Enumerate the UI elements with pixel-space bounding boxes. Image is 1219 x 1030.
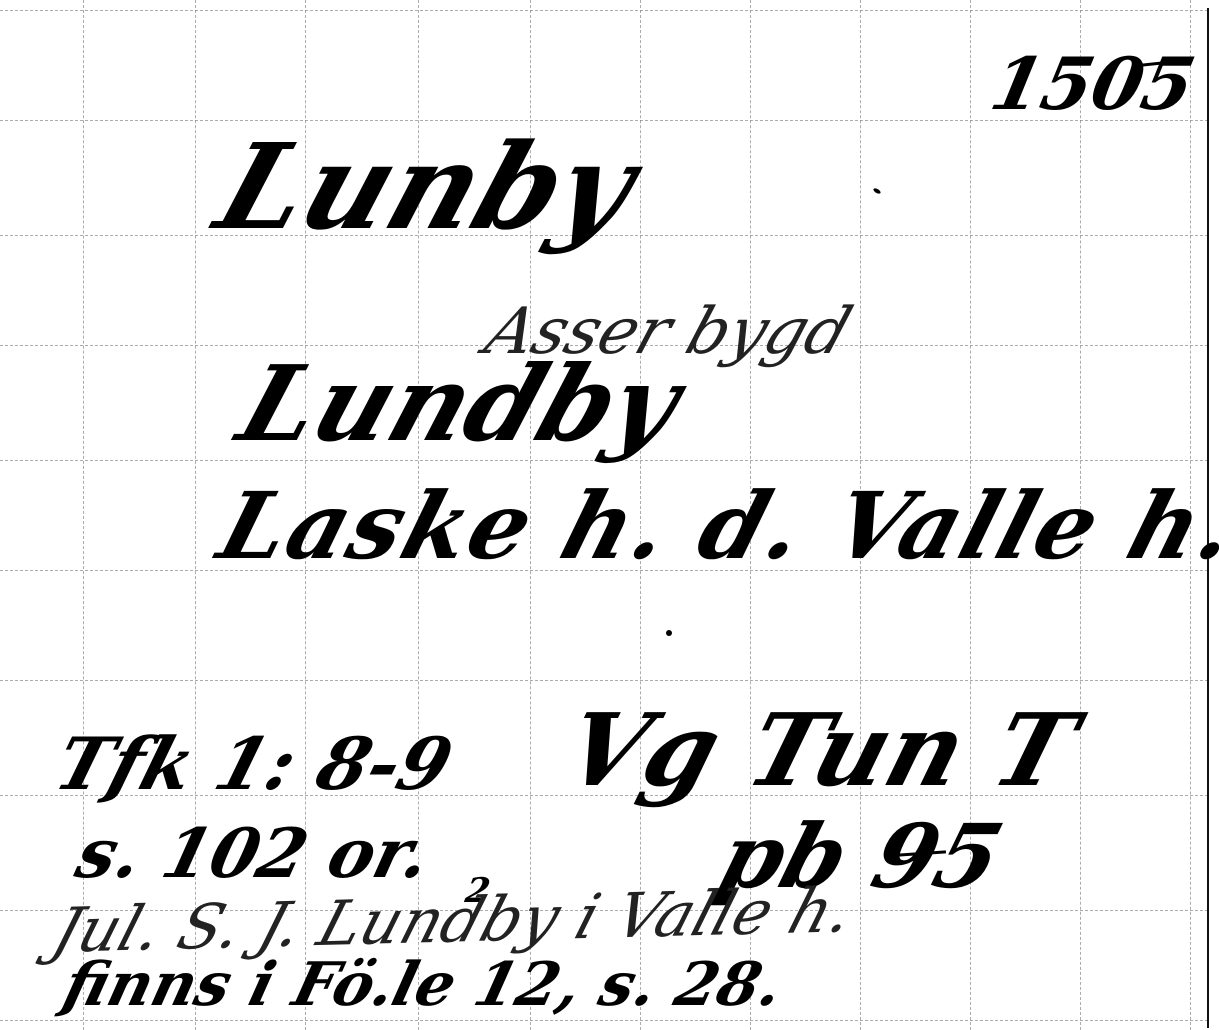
reference-right-line1: Vg Tun T [555,700,1086,800]
index-card: 1505 Lunby Asser bygd Lundby Laske h. d.… [0,0,1219,1030]
footer-line2: finns i Fö.le 12, s. 28. [58,955,788,1015]
grid-line-horizontal [0,680,1208,681]
card-number: 1505 [985,48,1201,120]
card-heading: Lunby [205,128,649,246]
reference-left-line2: s. 102 or. [70,820,437,888]
grid-line-horizontal [0,10,1208,11]
card-location: Laske h. d. Valle h. [210,480,1219,572]
reference-left-line1: Tfk 1: 8-9 [48,728,460,800]
card-name: Lundby [228,352,692,456]
ink-mark [873,187,882,194]
ink-dot [666,630,672,636]
grid-line-horizontal [0,1020,1208,1021]
